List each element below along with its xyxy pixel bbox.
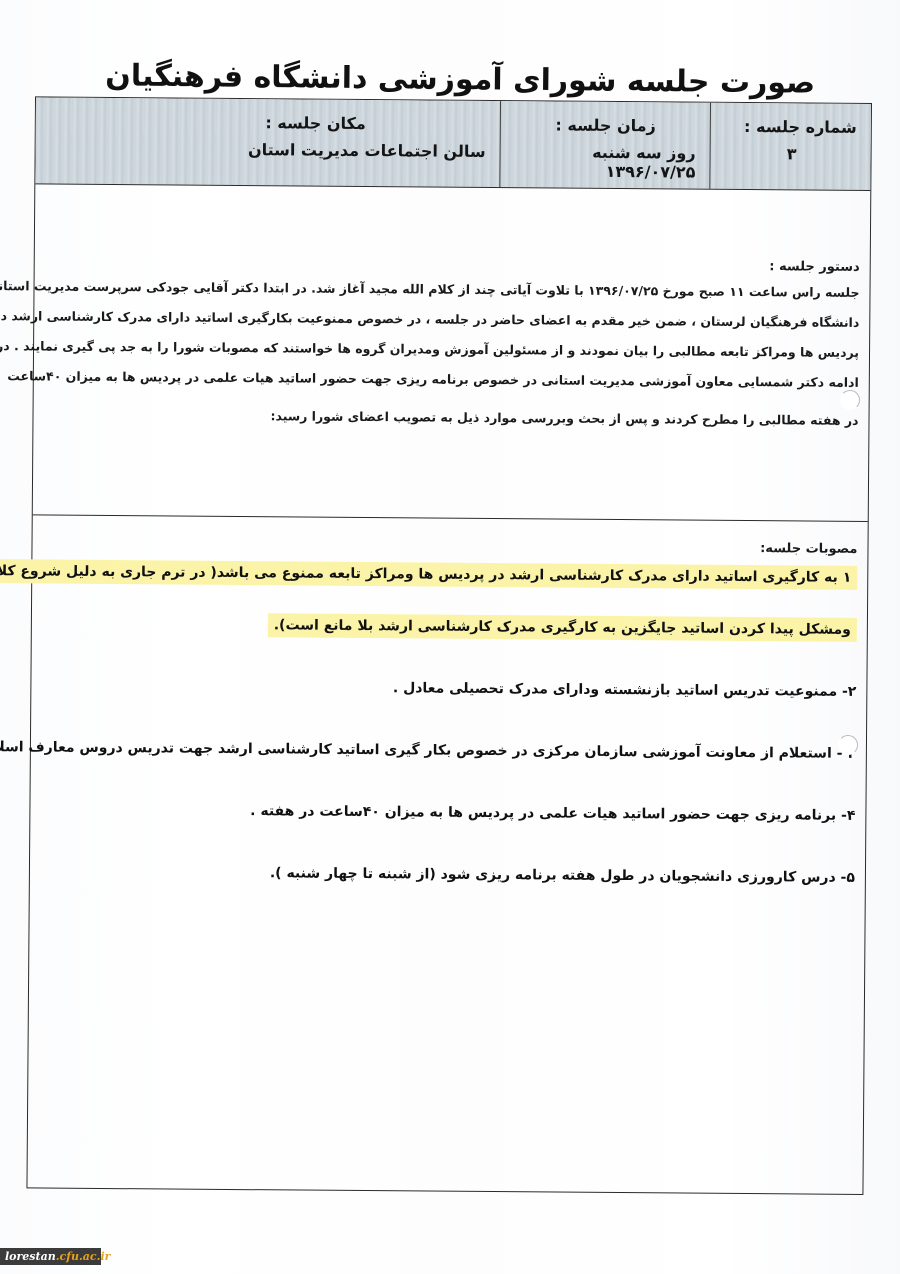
session-time-label: زمان جلسه :	[515, 115, 696, 135]
resolution-item-5: ۵- درس کارورزی دانشجویان در طول هفته برن…	[38, 860, 855, 888]
session-time-value: روز سه شنبه ۱۳۹۶/۰۷/۲۵	[514, 142, 695, 181]
session-place-label: مکان جلسه :	[50, 112, 486, 134]
resolution-item-1-continued: ومشکل پیدا کردن اساتید جایگزین به کارگیر…	[40, 612, 857, 640]
highlighted-text: ومشکل پیدا کردن اساتید جایگزین به کارگیر…	[268, 613, 857, 642]
session-info-header: شماره جلسه : ۳ زمان جلسه : روز سه شنبه ۱…	[35, 97, 871, 191]
punch-hole-mark	[840, 390, 860, 410]
session-number-label: شماره جلسه :	[725, 117, 857, 137]
punch-hole-mark	[838, 735, 858, 755]
resolution-item-3: ۳ - استعلام از معاونت آموزشی سازمان مرکز…	[39, 736, 856, 764]
session-number-cell: شماره جلسه : ۳	[710, 103, 871, 190]
session-place-cell: مکان جلسه : سالن اجتماعات مدیریت استان	[35, 97, 501, 187]
agenda-line: دانشگاه فرهنگیان لرستان ، ضمن خیر مقدم ب…	[42, 308, 859, 330]
watermark-prefix: lorestan	[5, 1250, 56, 1263]
session-place-value: سالن اجتماعات مدیریت استان	[50, 139, 486, 161]
resolution-item-2: ۲- ممنوعیت تدریس اساتید بازنشسته ودارای …	[39, 674, 856, 702]
agenda-line: در هفته مطالبی را مطرح کردند و پس از بحث…	[41, 406, 858, 428]
resolution-item-1: ۱ به کارگیری اساتید دارای مدرک کارشناسی …	[40, 560, 857, 588]
session-time-cell: زمان جلسه : روز سه شنبه ۱۳۹۶/۰۷/۲۵	[500, 101, 711, 189]
agenda-line: پردیس ها ومراکز تابعه مطالبی را بیان نمو…	[42, 338, 859, 360]
agenda-label: دستور جلسه :	[43, 253, 860, 274]
resolutions-section: مصوبات جلسه: ۱ به کارگیری اساتید دارای م…	[30, 515, 868, 929]
resolutions-label: مصوبات جلسه:	[40, 535, 857, 556]
session-number-value: ۳	[725, 144, 857, 164]
highlighted-text: ۱ به کارگیری اساتید دارای مدرک کارشناسی …	[0, 559, 857, 590]
site-watermark: lorestan.cfu.ac.ir	[0, 1248, 101, 1265]
resolution-item-4: ۴- برنامه ریزی جهت حضور اساتید هیات علمی…	[38, 798, 855, 826]
minutes-frame: شماره جلسه : ۳ زمان جلسه : روز سه شنبه ۱…	[26, 96, 872, 1195]
watermark-domain: .cfu.ac.ir	[56, 1250, 111, 1263]
agenda-section: دستور جلسه : جلسه راس ساعت ۱۱ صبح مورخ ۱…	[33, 183, 871, 522]
agenda-line: ادامه دکتر شمسایی معاون آموزشی مدیریت اس…	[42, 368, 859, 390]
agenda-line: جلسه راس ساعت ۱۱ صبح مورخ ۱۳۹۶/۰۷/۲۵ با …	[42, 278, 859, 300]
